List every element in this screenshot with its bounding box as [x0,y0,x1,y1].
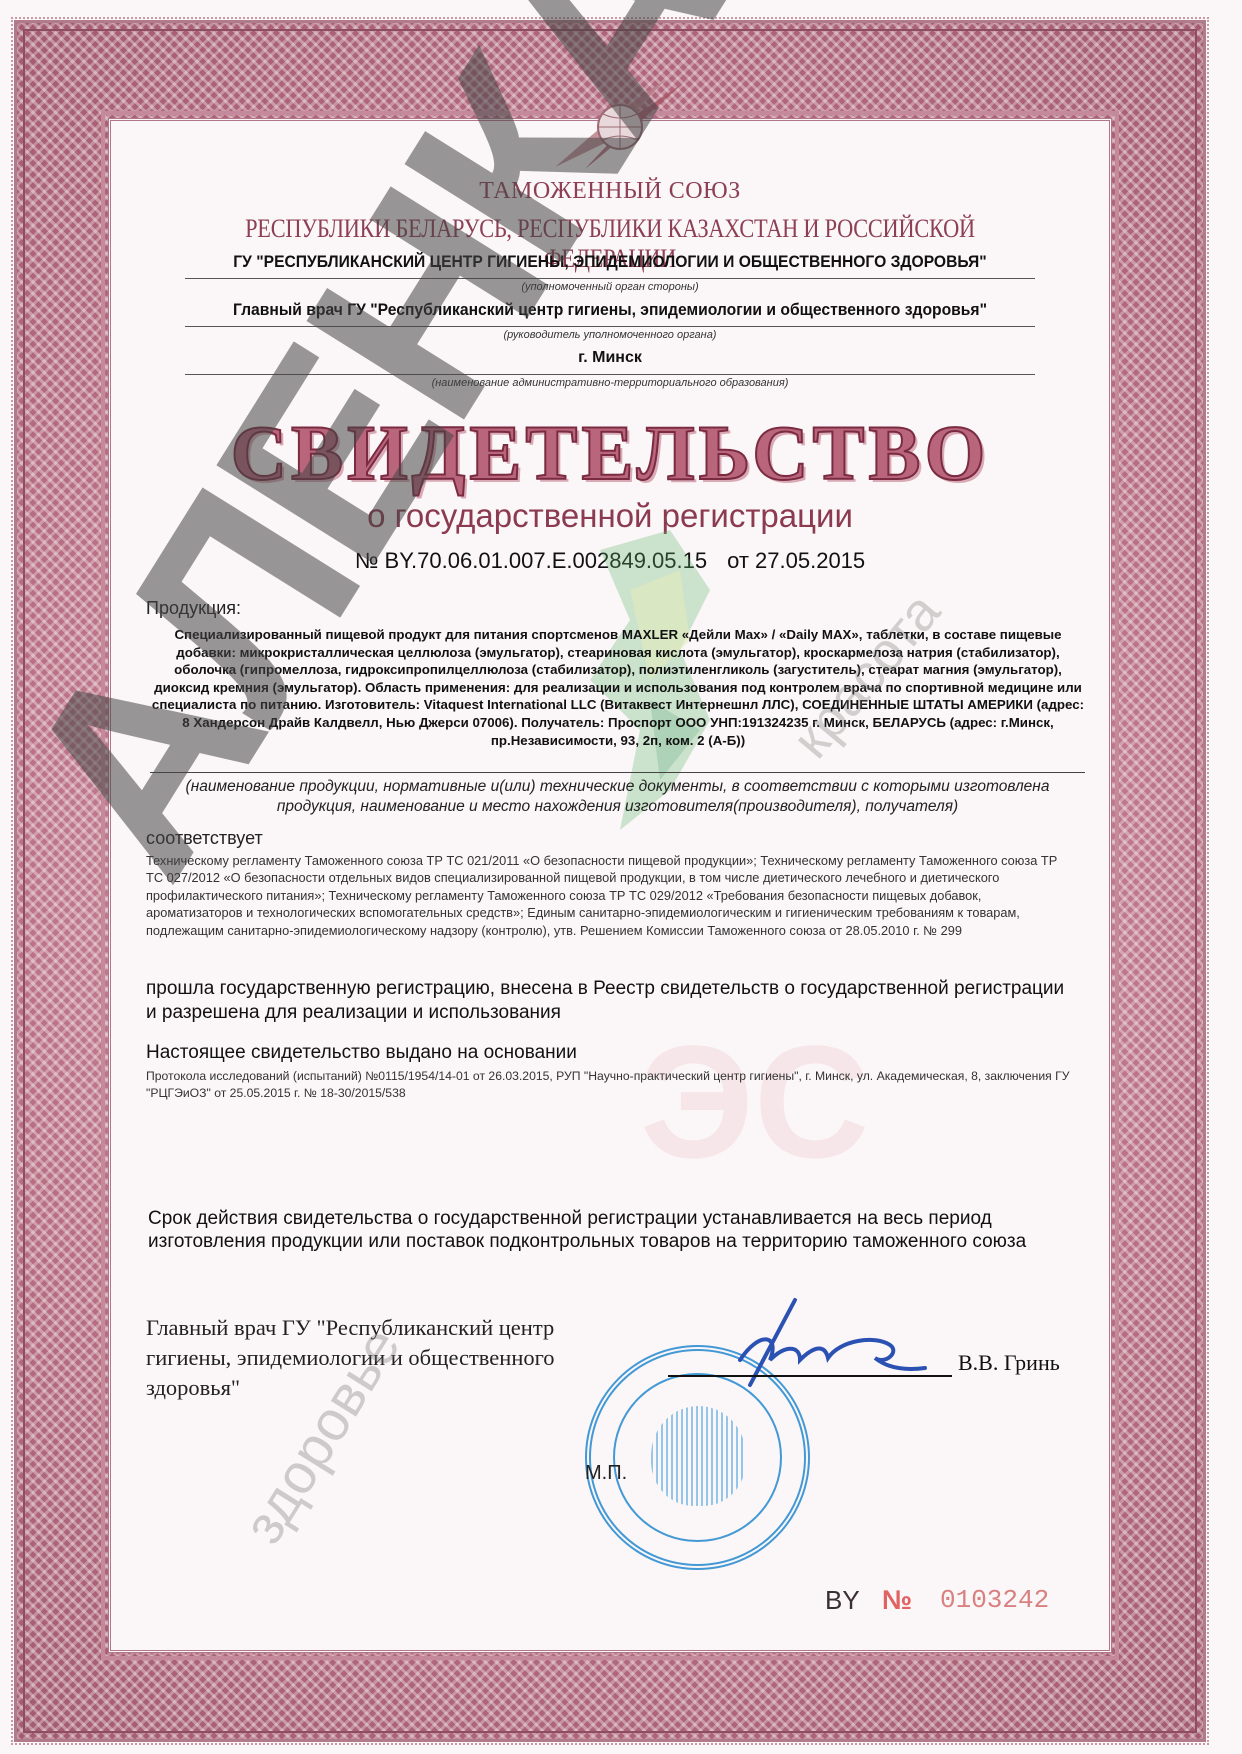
city-caption: (наименование административно-территориа… [120,377,1100,389]
divider [150,772,1085,773]
signer-name: В.В. Гринь [958,1350,1060,1376]
divider [185,374,1035,375]
validity-text: Срок действия свидетельства о государств… [148,1207,1078,1253]
head-caption: (руководитель уполномоченного органа) [120,329,1100,341]
basis-label: Настоящее свидетельство выдано на основа… [146,1042,1076,1064]
divider [185,278,1035,279]
product-caption: (наименование продукции, нормативные и(и… [150,777,1085,817]
serial-country: BY [825,1585,860,1616]
head-of-organization: Главный врач ГУ "Республиканский центр г… [145,301,1076,320]
certificate-title: СВИДЕТЕЛЬСТВО [120,408,1100,498]
product-description: Специализированный пищевой продукт для п… [148,626,1088,749]
serial-number-sign: № [882,1585,912,1616]
authorized-organization: ГУ "РЕСПУБЛИКАНСКИЙ ЦЕНТР ГИГИЕНЫ, ЭПИДЕ… [159,252,1061,272]
signature-line [668,1375,952,1377]
conformity-label: соответствует [146,828,1076,849]
city: г. Минск [120,349,1100,367]
divider [185,326,1035,327]
conformity-text: Техническому регламенту Таможенного союз… [146,852,1076,939]
product-label: Продукция: [146,598,1076,619]
serial-number: 0103242 [940,1585,1049,1615]
union-title: ТАМОЖЕННЫЙ СОЮЗ [120,178,1100,205]
organization-caption: (уполномоченный орган стороны) [120,281,1100,293]
registration-status: прошла государственную регистрацию, внес… [146,977,1076,1025]
basis-text: Протокола исследований (испытаний) №0115… [146,1068,1076,1101]
signatory-position: Главный врач ГУ "Республиканский центр г… [146,1313,616,1403]
stamp-place-label: М.П. [585,1462,627,1485]
customs-union-emblem-icon [545,72,695,177]
watermark-ses: ЭС [640,1010,869,1194]
signature-icon [700,1290,940,1400]
